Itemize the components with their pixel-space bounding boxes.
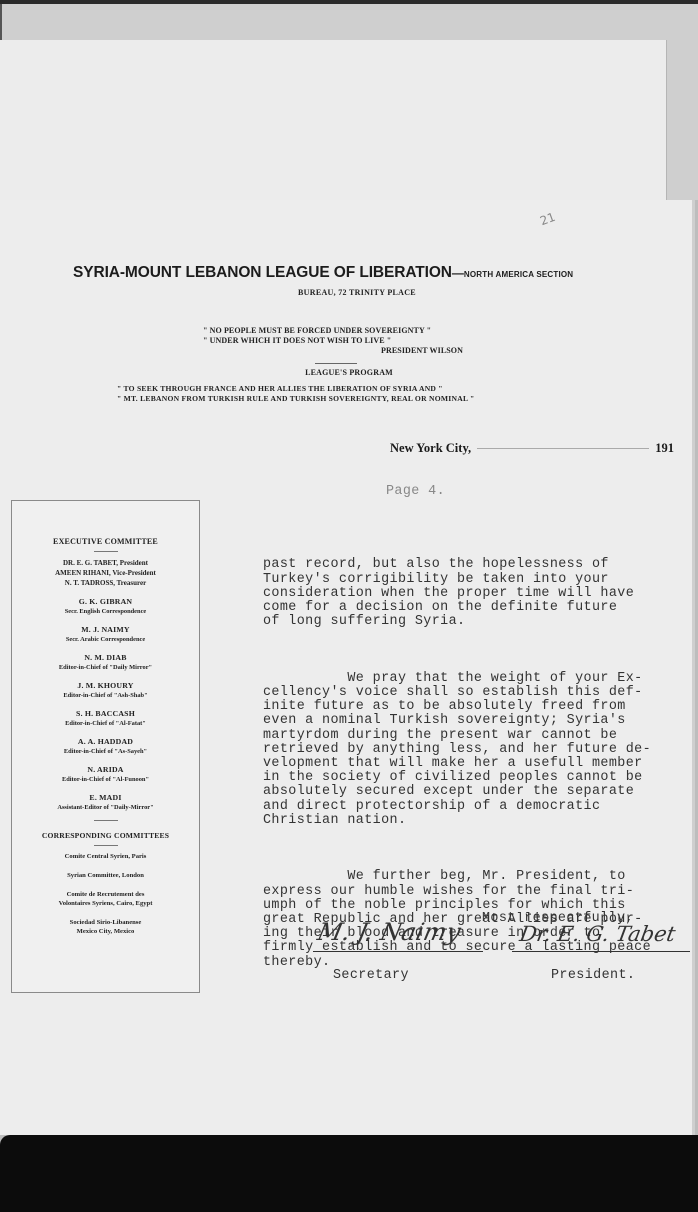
place: New York City, [390,441,471,456]
corresponding-committee: Comite de Recrutement desVolontaires Syr… [12,890,199,908]
wilson-quote: " NO PEOPLE MUST BE FORCED UNDER SOVEREI… [203,326,463,356]
member-name: S. H. BACCASH [12,708,199,719]
president-signature: Dr. E. G. Tabet [518,922,677,946]
corresponding-committee: Sociedad Sirio-LibanenseMexico City, Mex… [12,918,199,936]
member-name: N. M. DIAB [12,652,199,663]
committee-member: G. K. GIBRANSecr. English Correspondence [12,596,199,616]
divider [94,820,118,821]
program-line-2: " MT. LEBANON FROM TURKISH RULE AND TURK… [117,394,474,403]
president-title: President. [551,969,635,983]
committee-member: S. H. BACCASHEditor-in-Chief of "Al-Fata… [12,708,199,728]
divider [94,845,118,846]
corresponding-committee: Syrian Committee, London [12,871,199,880]
organization-name: SYRIA-MOUNT LEBANON LEAGUE OF LIBERATION [73,264,452,281]
committee-sidebar: EXECUTIVE COMMITTEE DR. E. G. TABET, Pre… [11,500,200,993]
member-role: Secr. English Correspondence [12,607,199,616]
secretary-signature: M. J. Naimy [315,918,463,946]
member-name: E. MADI [12,792,199,803]
committee-member: E. MADIAssistant-Editor of "Daily-Mirror… [12,792,199,812]
year-prefix: 191 [655,441,674,456]
quote-line-1: " NO PEOPLE MUST BE FORCED UNDER SOVEREI… [203,326,431,335]
program-line-1: " TO SEEK THROUGH FRANCE AND HER ALLIES … [117,384,443,393]
bureau-address: BUREAU, 72 TRINITY PLACE [0,288,698,297]
program-title: LEAGUE'S PROGRAM [0,368,698,377]
member-role: Editor-in-Chief of "As-Sayeh" [12,747,199,756]
member-name: G. K. GIBRAN [12,596,199,607]
member-name: J. M. KHOURY [12,680,199,691]
divider [94,551,118,552]
member-name: A. A. HADDAD [12,736,199,747]
member-role: Assistant-Editor of "Daily-Mirror" [12,803,199,812]
signature-line [512,950,690,952]
committee-member: M. J. NAIMYSecr. Arabic Correspondence [12,624,199,644]
member-role: Editor-in-Chief of "Daily Mirror" [12,663,199,672]
quote-line-2: " UNDER WHICH IT DOES NOT WISH TO LIVE " [203,336,391,345]
league-program: " TO SEEK THROUGH FRANCE AND HER ALLIES … [117,384,474,404]
committee-member: J. M. KHOURYEditor-in-Chief of "Ash-Shab… [12,680,199,700]
divider [315,363,357,364]
quote-attribution: PRESIDENT WILSON [203,346,463,356]
corresponding-committees-heading: CORRESPONDING COMMITTEES [12,831,199,840]
section-name: NORTH AMERICA SECTION [464,270,573,279]
secretary-title: Secretary [333,969,409,983]
committee-member: A. A. HADDADEditor-in-Chief of "As-Sayeh… [12,736,199,756]
paragraph: past record, but also the hopelessness o… [263,558,651,629]
signature-line [313,950,483,952]
committee-member: N. ARIDAEditor-in-Chief of "Al-Funoon" [12,764,199,784]
date-blank-line [477,448,649,449]
committee-line: Comite Central Syrien, Paris [12,852,199,861]
member-role: Editor-in-Chief of "Ash-Shab" [12,691,199,700]
committee-line: Volontaires Syriens, Cairo, Egypt [12,899,199,908]
committee-line: Mexico City, Mexico [12,927,199,936]
committee-line: Sociedad Sirio-Libanense [12,918,199,927]
corresponding-committee: Comite Central Syrien, Paris [12,852,199,861]
page-label: Page 4. [386,485,445,499]
member-name: M. J. NAIMY [12,624,199,635]
officer: N. T. TADROSS, Treasurer [12,578,199,588]
committee-member: N. M. DIABEditor-in-Chief of "Daily Mirr… [12,652,199,672]
member-role: Editor-in-Chief of "Al-Fatat" [12,719,199,728]
member-name: N. ARIDA [12,764,199,775]
member-role: Secr. Arabic Correspondence [12,635,199,644]
officer: DR. E. G. TABET, President [12,558,199,568]
committee-line: Comite de Recrutement des [12,890,199,899]
committee-line: Syrian Committee, London [12,871,199,880]
paragraph: We pray that the weight of your Ex- cell… [263,672,651,828]
title-dash: — [452,266,464,280]
officer: AMEEN RIHANI, Vice-President [12,568,199,578]
letterhead-title: SYRIA-MOUNT LEBANON LEAGUE OF LIBERATION… [73,264,573,282]
member-role: Editor-in-Chief of "Al-Funoon" [12,775,199,784]
dateline: New York City, 191 [390,441,674,456]
scan-bottom-edge [0,1135,698,1212]
executive-committee-heading: EXECUTIVE COMMITTEE [12,537,199,546]
